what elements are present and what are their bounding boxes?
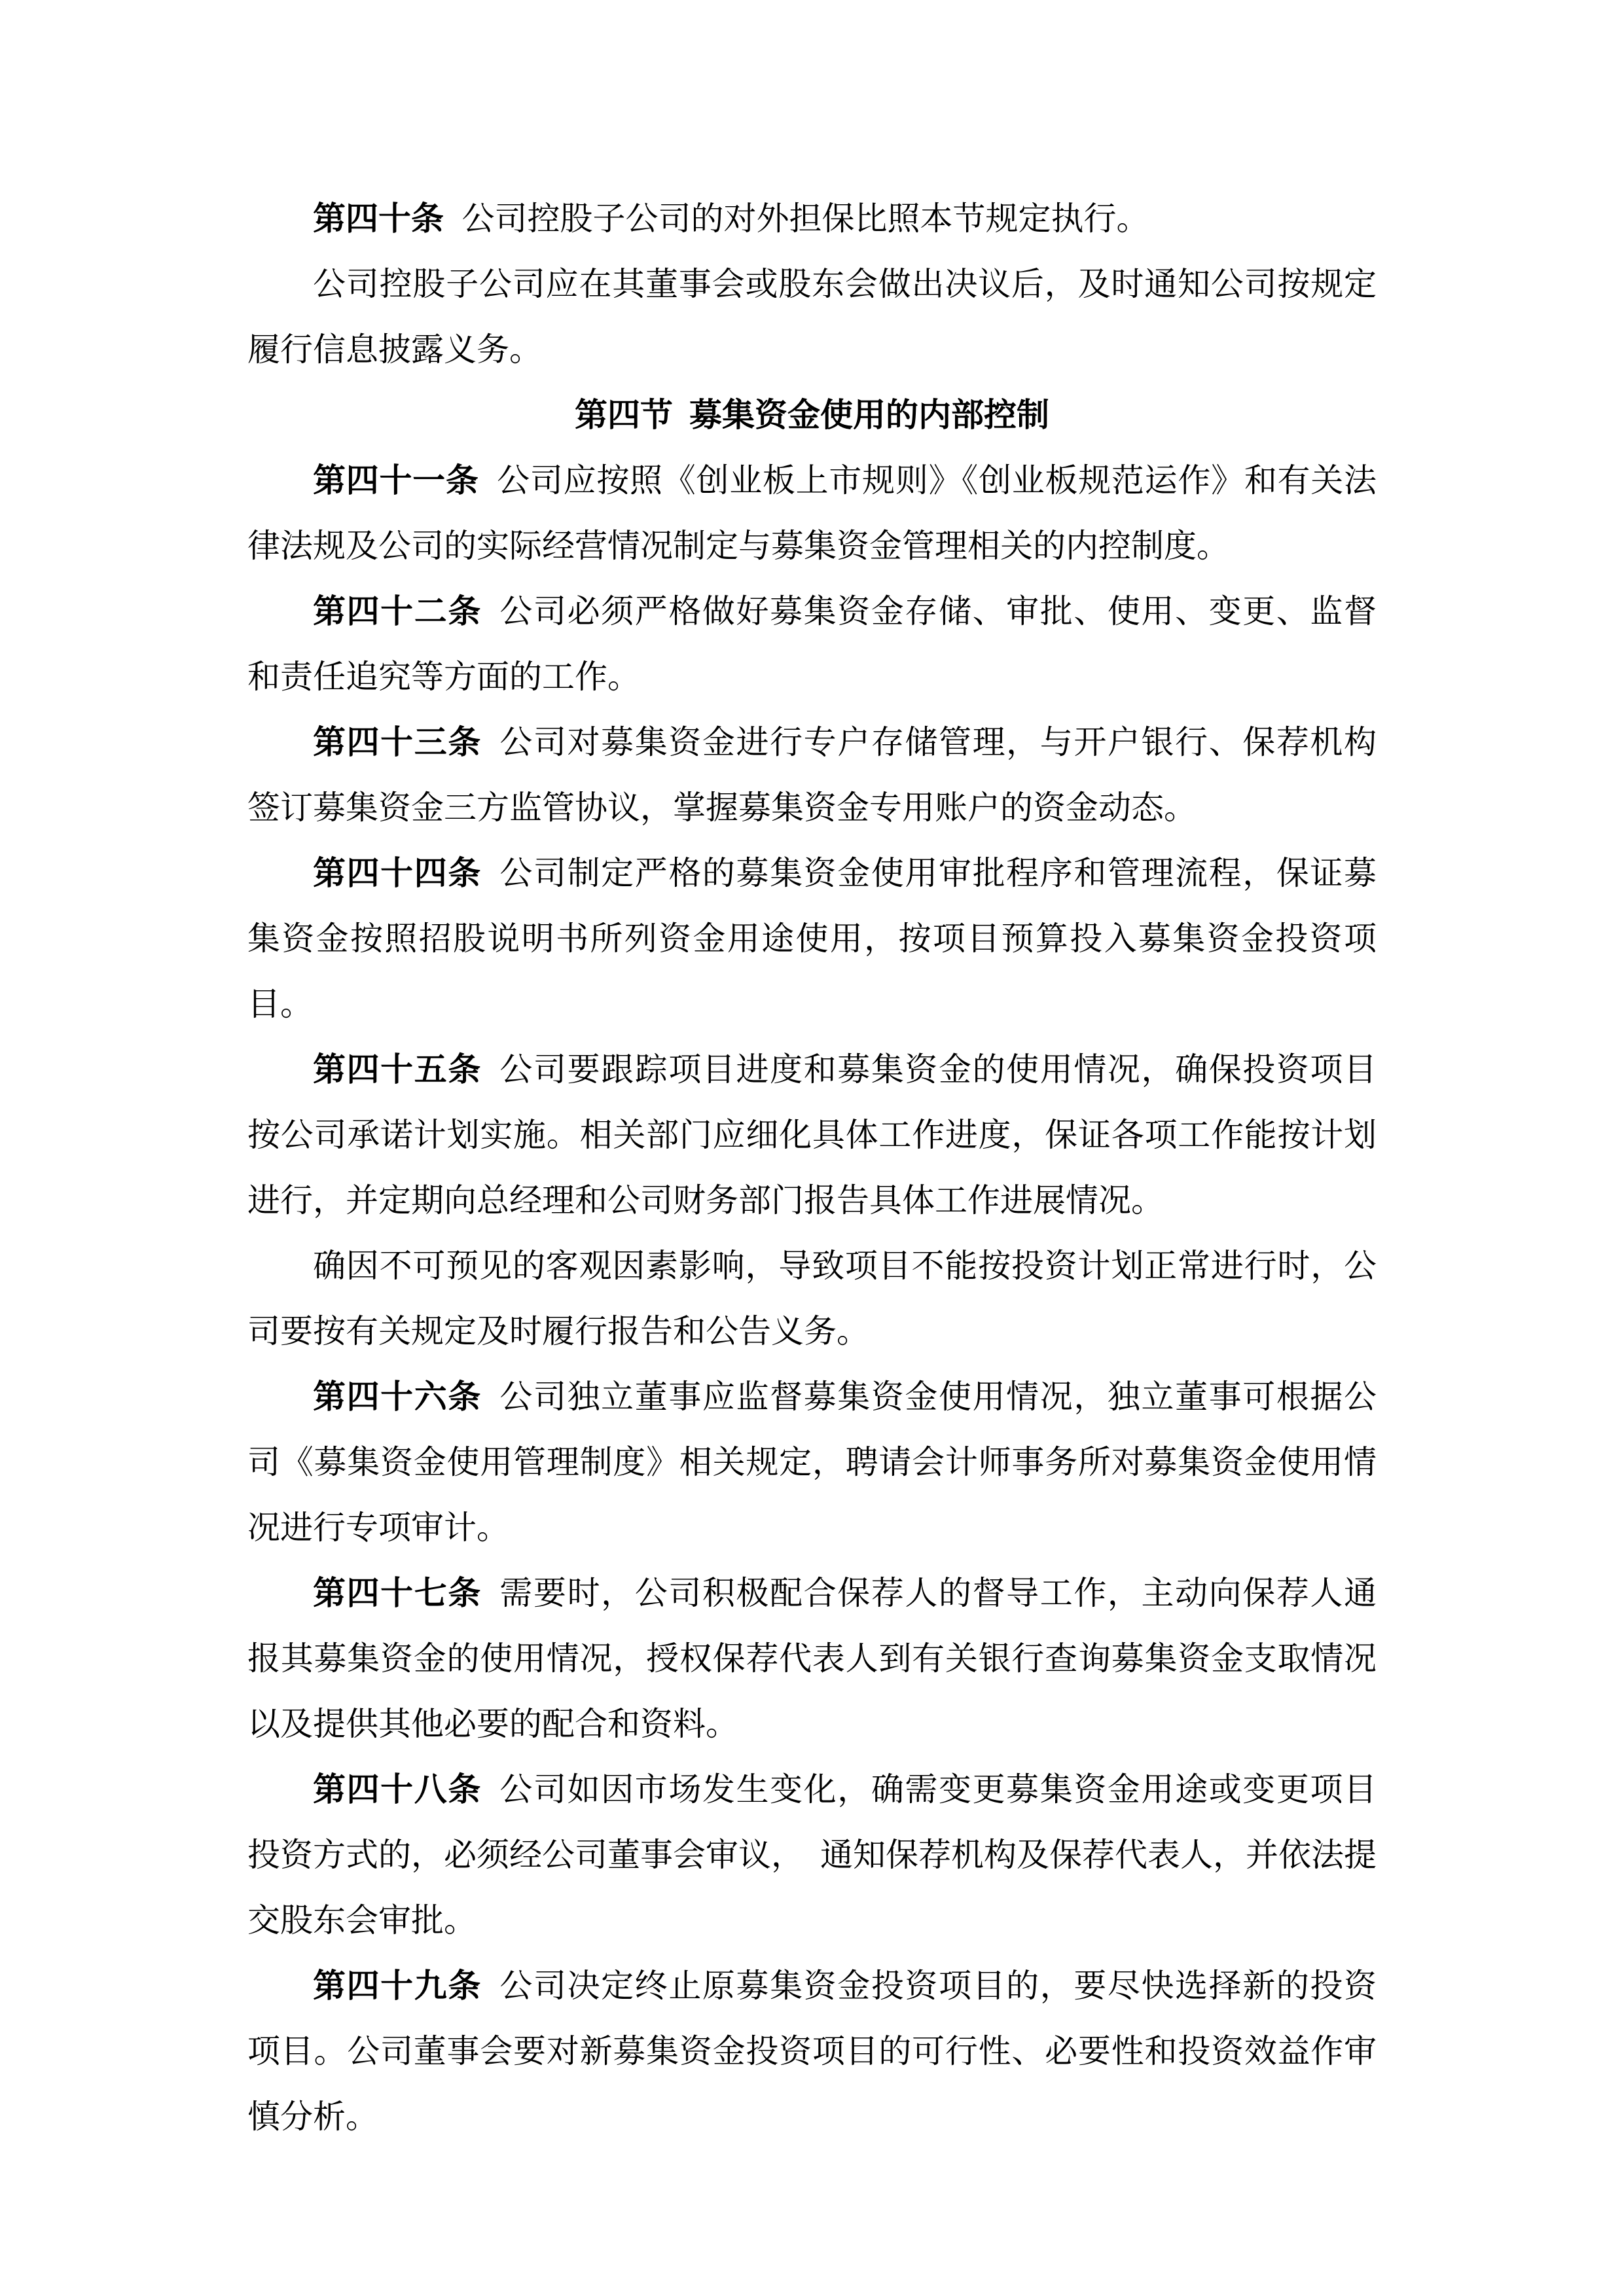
body-paragraph: 公司控股子公司应在其董事会或股东会做出决议后，及时通知公司按规定履行信息披露义务… [247, 251, 1377, 382]
section-heading: 第四节募集资金使用的内部控制 [247, 382, 1377, 448]
article-paragraph: 第四十四条公司制定严格的募集资金使用审批程序和管理流程，保证募集资金按照招股说明… [247, 840, 1377, 1037]
article-paragraph: 第四十七条需要时，公司积极配合保荐人的督导工作，主动向保荐人通报其募集资金的使用… [247, 1560, 1377, 1757]
article-number: 第四十四条 [313, 855, 482, 891]
article-number: 第四十条 [313, 200, 444, 237]
article-paragraph: 第四十六条公司独立董事应监督募集资金使用情况，独立董事可根据公司《募集资金使用管… [247, 1364, 1377, 1560]
article-paragraph: 第四十一条公司应按照《创业板上市规则》《创业板规范运作》和有关法律法规及公司的实… [247, 448, 1377, 579]
article-number: 第四十九条 [313, 1967, 482, 2004]
article-number: 第四十一条 [313, 462, 479, 499]
article-number: 第四十七条 [313, 1575, 482, 1611]
article-paragraph: 第四十二条公司必须严格做好募集资金存储、审批、使用、变更、监督和责任追究等方面的… [247, 579, 1377, 709]
article-paragraph: 第四十八条公司如因市场发生变化，确需变更募集资金用途或变更项目投资方式的，必须经… [247, 1757, 1377, 1953]
article-number: 第四十八条 [313, 1771, 482, 1808]
section-title: 募集资金使用的内部控制 [689, 397, 1049, 433]
article-number: 第四十六条 [313, 1378, 482, 1415]
paragraph-text: 公司控股子公司应在其董事会或股东会做出决议后，及时通知公司按规定履行信息披露义务… [247, 266, 1377, 368]
article-text: 公司控股子公司的对外担保比照本节规定执行。 [462, 200, 1149, 237]
article-number: 第四十二条 [313, 593, 482, 630]
article-paragraph: 第四十三条公司对募集资金进行专户存储管理，与开户银行、保荐机构签订募集资金三方监… [247, 709, 1377, 840]
article-number: 第四十三条 [313, 724, 482, 761]
paragraph-text: 确因不可预见的客观因素影响，导致项目不能按投资计划正常进行时，公司要按有关规定及… [247, 1247, 1377, 1350]
article-paragraph: 第四十条公司控股子公司的对外担保比照本节规定执行。 [247, 186, 1377, 251]
body-paragraph: 确因不可预见的客观因素影响，导致项目不能按投资计划正常进行时，公司要按有关规定及… [247, 1233, 1377, 1364]
article-paragraph: 第四十五条公司要跟踪项目进度和募集资金的使用情况，确保投资项目按公司承诺计划实施… [247, 1037, 1377, 1233]
section-number: 第四节 [575, 397, 673, 433]
article-number: 第四十五条 [313, 1051, 482, 1088]
article-paragraph: 第四十九条公司决定终止原募集资金投资项目的，要尽快选择新的投资项目。公司董事会要… [247, 1953, 1377, 2149]
document-page: 第四十条公司控股子公司的对外担保比照本节规定执行。 公司控股子公司应在其董事会或… [0, 0, 1624, 2296]
